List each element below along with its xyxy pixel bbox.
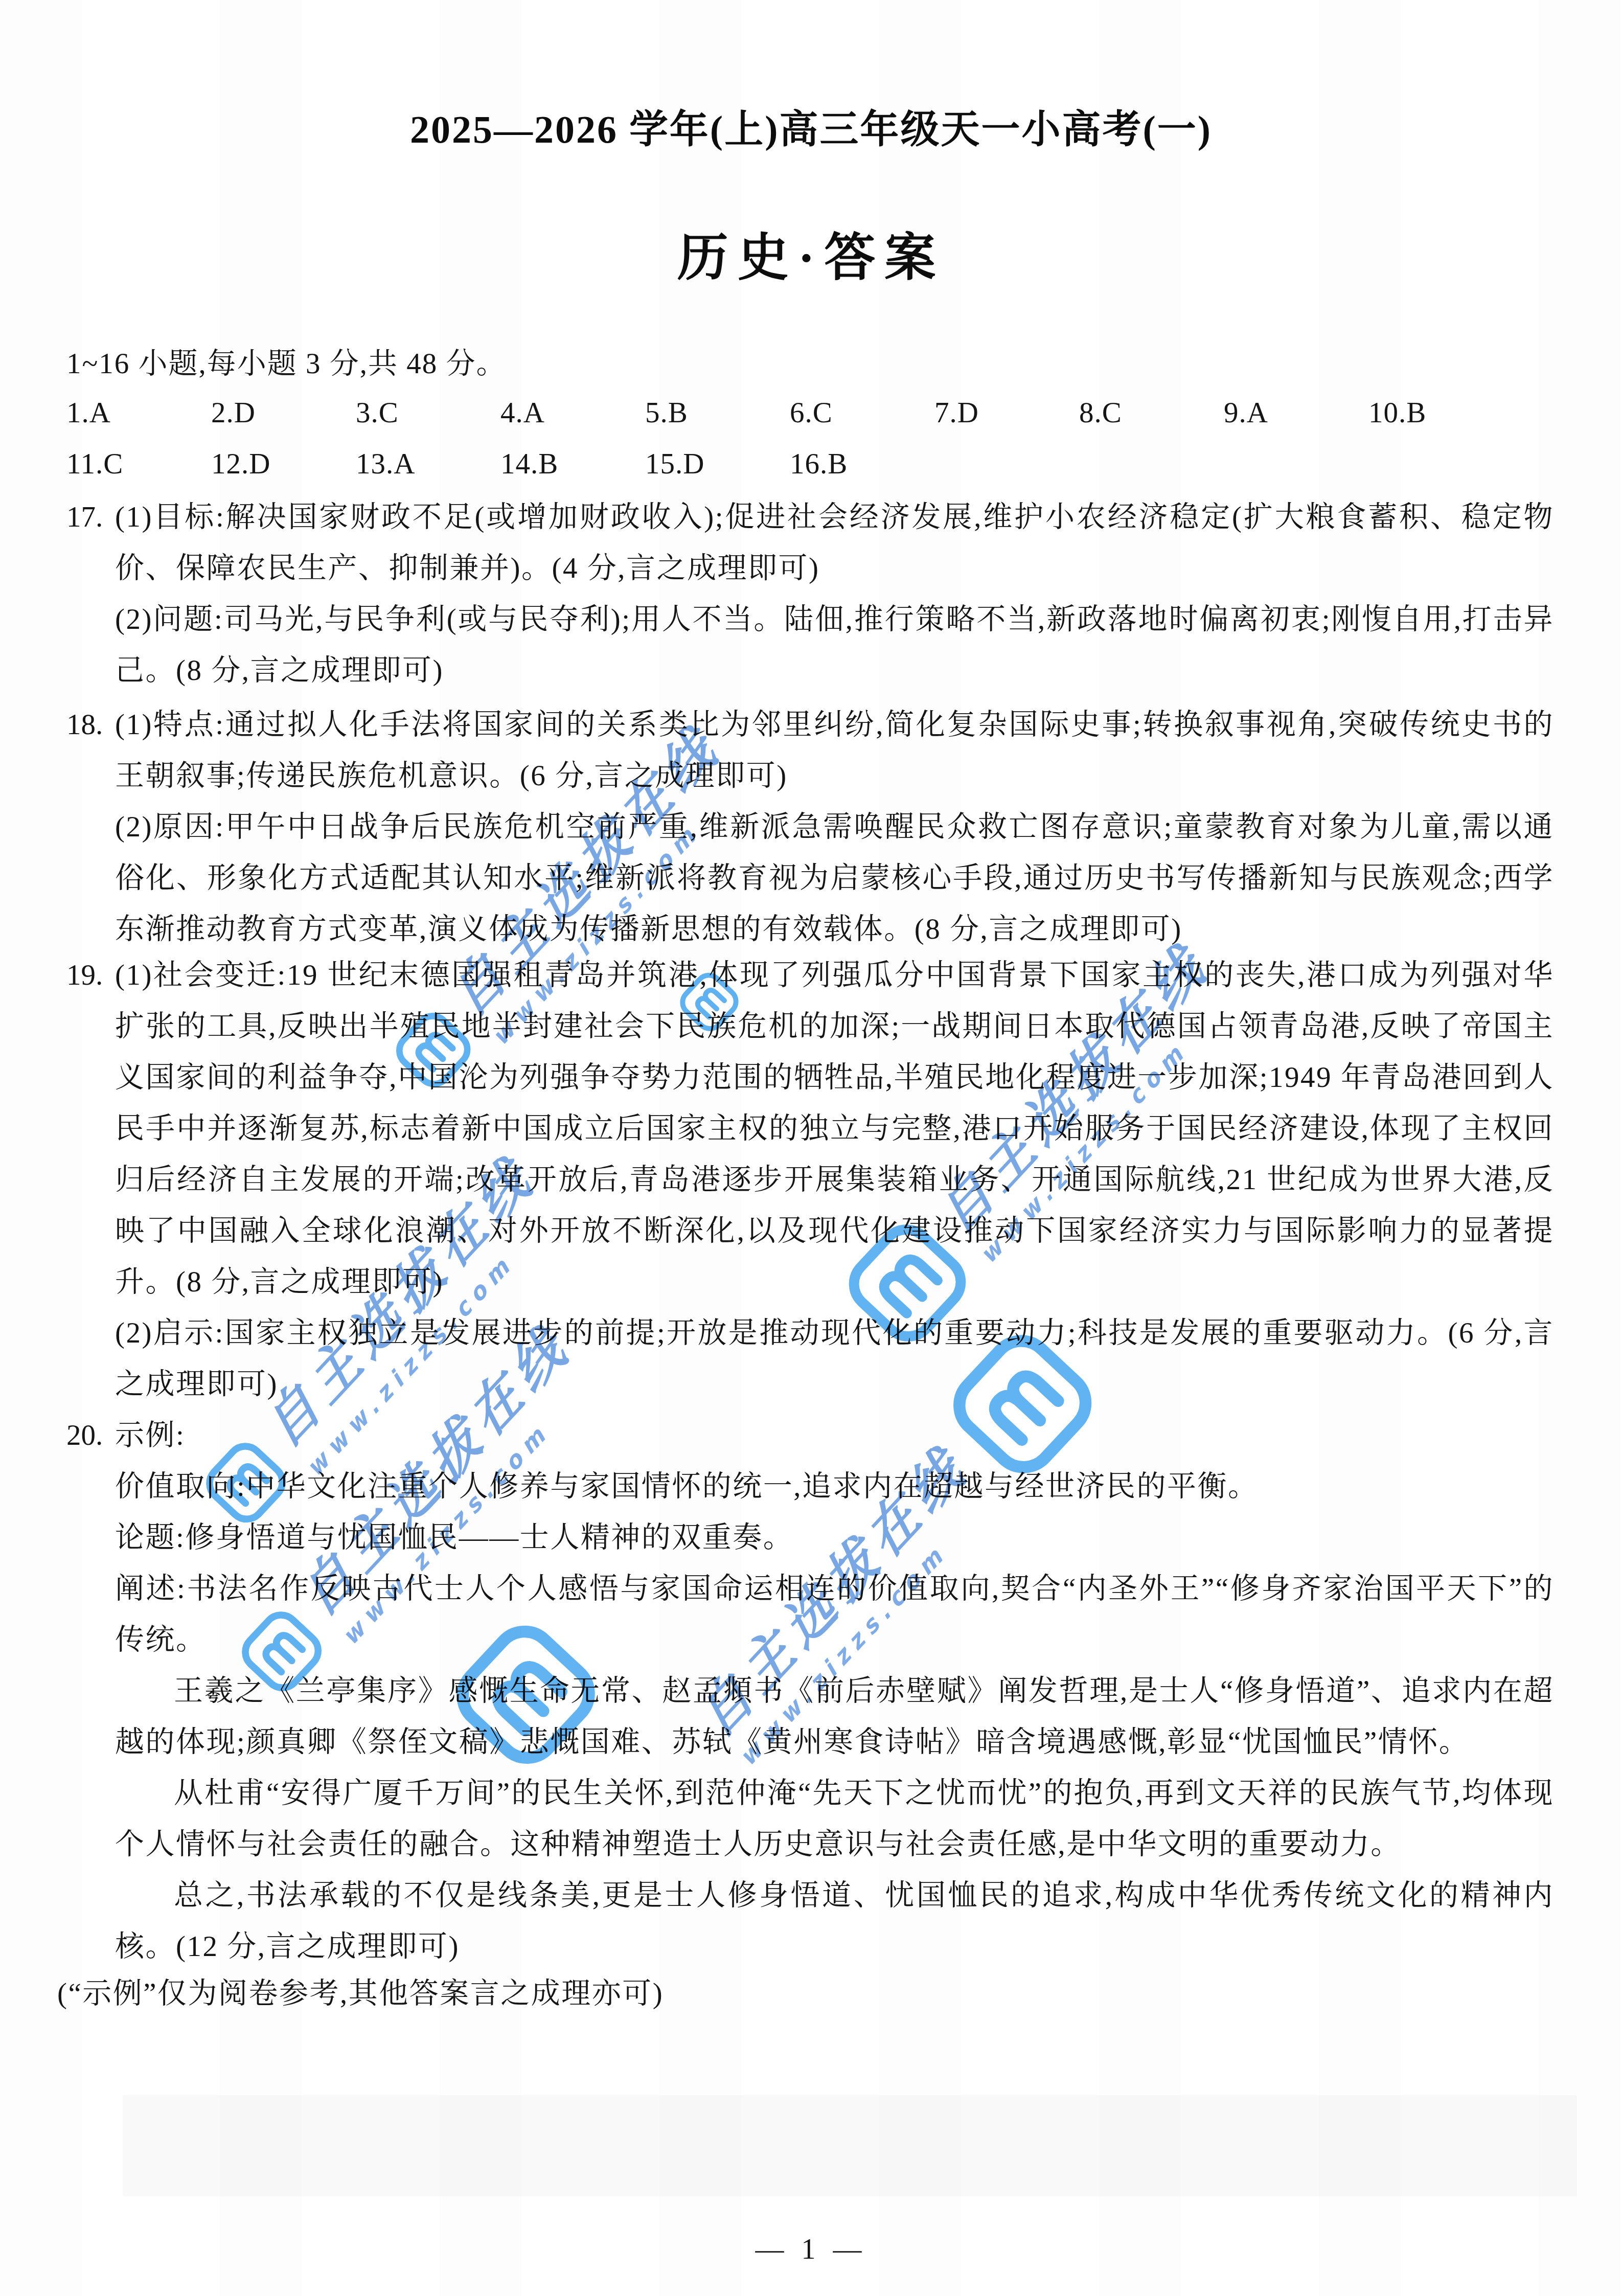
question-17: 17. (1)目标:解决国家财政不足(或增加财政收入);促进社会经济发展,维护小… [66,492,1554,696]
subject-answers-heading: 历史·答案 [0,216,1622,290]
example-intro: 示例: [115,1410,1554,1461]
answer-item: 5.B [645,388,790,439]
conclusion-paragraph: 总之,书法承载的不仅是线条美,更是士人修身悟道、忧国恤民的追求,构成中华优秀传统… [115,1870,1554,1972]
answer-part-2: (2)启示:国家主权独立是发展进步的前提;开放是推动现代化的重要动力;科技是发展… [115,1308,1554,1410]
answer-part-1: (1)目标:解决国家财政不足(或增加财政收入);促进社会经济发展,维护小农经济稳… [115,492,1554,594]
answer-part-2: (2)原因:甲午中日战争后民族危机空前严重,维新派急需唤醒民众救亡图存意识;童蒙… [115,802,1554,955]
exposition-line: 阐述:书法名作反映古代士人个人感悟与家国命运相连的价值取向,契合“内圣外王”“修… [115,1563,1554,1666]
answer-item: 4.A [500,388,645,439]
answer-item: 13.A [356,439,500,490]
scoring-note: 1~16 小题,每小题 3 分,共 48 分。 [66,338,1554,390]
answer-item: 10.B [1368,388,1513,439]
scan-artifact-box [123,2095,1577,2196]
answer-item: 14.B [500,439,645,490]
page-number: — 1 — [0,2233,1622,2266]
choice-answers-row-1: 1.A 2.D 3.C 4.A 5.B 6.C 7.D 8.C 9.A 10.B [66,388,1580,439]
question-20: 20. 示例: 价值取向:中华文化注重个人修养与家国情怀的统一,追求内在超越与经… [66,1410,1554,1972]
answer-item: 7.D [934,388,1079,439]
question-18: 18. (1)特点:通过拟人化手法将国家间的关系类比为邻里纠纷,简化复杂国际史事… [66,699,1554,955]
answer-item: 2.D [211,388,356,439]
question-number: 17. [66,492,115,543]
answer-part-2: (2)问题:司马光,与民争利(或与民夺利);用人不当。陆佃,推行策略不当,新政落… [115,594,1554,696]
value-orientation-line: 价值取向:中华文化注重个人修养与家国情怀的统一,追求内在超越与经世济民的平衡。 [115,1461,1554,1512]
answer-item: 11.C [66,439,211,490]
answer-item: 1.A [66,388,211,439]
answer-item: 16.B [790,439,934,490]
question-19: 19. (1)社会变迁:19 世纪末德国强租青岛并筑港,体现了列强瓜分中国背景下… [66,950,1554,1410]
choice-answers-row-2: 11.C 12.D 13.A 14.B 15.D 16.B [66,439,1580,490]
answer-item: 9.A [1224,388,1368,439]
scanned-answer-sheet: 自主选拔在线 www.zizzs.com 自主选拔在线 www.zizzs.co… [0,0,1622,2296]
answer-item: 15.D [645,439,790,490]
grader-reference-note: (“示例”仅为阅卷参考,其他答案言之成理亦可) [57,1968,1550,2019]
exposition-paragraph-1: 王羲之《兰亭集序》感慨生命无常、赵孟頫书《前后赤壁赋》阐发哲理,是士人“修身悟道… [115,1666,1554,1768]
answer-part-1: (1)社会变迁:19 世纪末德国强租青岛并筑港,体现了列强瓜分中国背景下国家主权… [115,950,1554,1308]
question-number: 19. [66,950,115,1001]
answer-item: 8.C [1079,388,1224,439]
thesis-line: 论题:修身悟道与忧国恤民——士人精神的双重奏。 [115,1512,1554,1563]
answer-item: 12.D [211,439,356,490]
answer-item: 3.C [356,388,500,439]
answer-item: 6.C [790,388,934,439]
exposition-paragraph-2: 从杜甫“安得广厦千万间”的民生关怀,到范仲淹“先天下之忧而忧”的抱负,再到文天祥… [115,1768,1554,1870]
exam-title: 2025—2026 学年(上)高三年级天一小高考(一) [0,98,1622,154]
question-number: 20. [66,1410,115,1461]
question-number: 18. [66,699,115,751]
answer-part-1: (1)特点:通过拟人化手法将国家间的关系类比为邻里纠纷,简化复杂国际史事;转换叙… [115,699,1554,802]
